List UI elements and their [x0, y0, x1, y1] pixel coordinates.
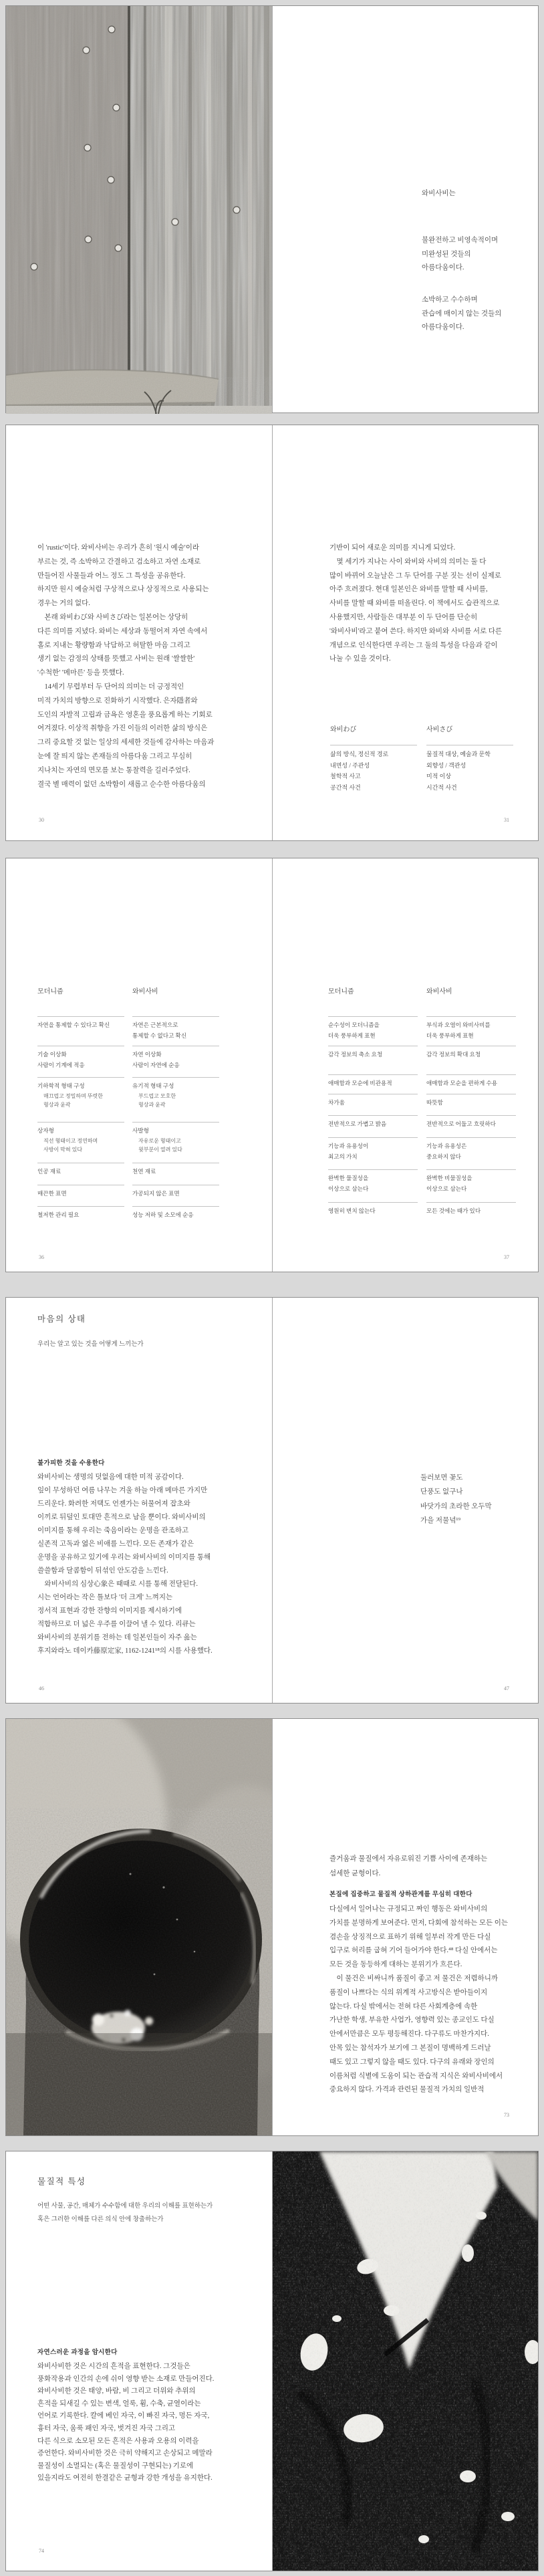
table-row: 자연을 통제할 수 있다고 확신 자연은 근본적으로 통제할 수 없다고 확신 [37, 1016, 219, 1041]
list-header-wabi: 와비わび [330, 723, 356, 733]
table-row: 상자형직선 형태이고 정연하며 사방이 막혀 있다 사발형자유로운 형태이고 윗… [37, 1122, 219, 1155]
table-row: 영원히 변치 않는다 모든 것에는 때가 있다 [328, 1202, 516, 1217]
cell-wabisabi: 가공되지 않은 표면 [132, 1189, 219, 1199]
cell-modern: 기하학적 형태 구성 [37, 1081, 124, 1092]
body-text-left: 와비사비는 생명의 덧없음에 대한 미적 공감이다. 잎이 무성하던 여름 나무… [37, 1471, 258, 1658]
cell-wabisabi-sub: 부드럽고 모호한 형상과 윤곽 [138, 1092, 219, 1110]
body-text-right: 기반이 되어 새로운 의미를 지니게 되었다. 몇 세기가 지나는 사이 와비와… [329, 542, 530, 667]
page-number-right: 73 [504, 2112, 509, 2118]
section-title: 마음의 상태 [37, 1312, 86, 1324]
table-header-wabisabi: 와비사비 [426, 985, 452, 996]
cell-modern: 인공 재료 [37, 1167, 124, 1177]
spread-1: 와비사비는 불완전하고 비영속적이며 미완성된 것들의 아름다움이다. 소박하고… [5, 5, 539, 413]
table-row: 기하학적 형태 구성매끄럽고 정밀하며 뚜렷한 형상과 윤곽 유기적 형태 구성… [37, 1077, 219, 1110]
subsection-heading: 자연스러운 과정을 암시한다 [37, 2347, 118, 2356]
cell-modern: 영원히 변치 않는다 [328, 1206, 418, 1217]
cell-wabisabi: 유기적 형태 구성 [132, 1081, 219, 1092]
page-divider [272, 6, 273, 413]
intro-text-right: 즐거움과 물질에서 자유로워진 기쁨 사이에 존재하는 섬세한 균형이다. [329, 1852, 530, 1881]
quote-stanza-1: 불완전하고 비영속적이며 미완성된 것들의 아름다움이다. [422, 234, 535, 275]
table-header-modernism: 모더니즘 [328, 985, 354, 996]
raku-tea-bowl-photo [6, 1719, 272, 2135]
rule [330, 745, 417, 745]
cell-wabisabi: 모든 것에는 때가 있다 [426, 1206, 516, 1217]
cell-wabisabi: 따뜻함 [426, 1098, 516, 1108]
table-header-wabisabi: 와비사비 [132, 985, 158, 996]
spread-3: 모더니즘 와비사비 모더니즘 와비사비 자연을 통제할 수 있다고 확신 자연은… [5, 858, 539, 1272]
cell-modern: 철저한 관리 필요 [37, 1210, 124, 1221]
cell-modern: 감각 정보의 축소 요청 [328, 1050, 418, 1060]
table-row: 전반적으로 가볍고 밝음 전반적으로 어둡고 흐릿하다 [328, 1115, 516, 1130]
page-number-left: 74 [39, 2548, 44, 2554]
table-row: 철저한 관리 필요 성능 저하 및 소모에 순응 [37, 1206, 219, 1221]
table-header-modernism: 모더니즘 [37, 985, 63, 996]
body-text-left: 이 'rustic'이다. 와비사비는 우리가 흔히 '원시 예술'이라 부르는… [37, 542, 248, 792]
page-divider [272, 1298, 273, 1703]
torn-black-knit-sweater-photo [273, 2151, 538, 2571]
list-header-sabi: 사비さび [426, 723, 452, 733]
cell-wabisabi: 사발형 [132, 1126, 219, 1137]
sabi-item-list: 물질적 대상, 예술과 문학 외향성 / 객관성 미적 이상 시간적 사건 [426, 749, 521, 793]
cell-wabisabi: 전반적으로 어둡고 흐릿하다 [426, 1119, 516, 1130]
cell-wabisabi: 천연 재료 [132, 1167, 219, 1177]
page-number-right: 37 [504, 1254, 509, 1260]
book-preview-scroll: 와비사비는 불완전하고 비영속적이며 미완성된 것들의 아름다움이다. 소박하고… [0, 0, 544, 2576]
page-number-left: 46 [39, 1685, 44, 1691]
cell-modern: 자연을 통제할 수 있다고 확신 [37, 1020, 124, 1031]
table-row: 감각 정보의 축소 요청 감각 정보의 확대 요청 [328, 1046, 516, 1060]
rule [426, 745, 513, 745]
cell-wabisabi: 부식과 오염이 와비사비를 더욱 풍부하게 표현 [426, 1020, 516, 1041]
section-subtitle: 우리는 알고 있는 것을 어떻게 느끼는가 [37, 1338, 144, 1351]
cell-wabisabi-sub: 자유로운 형태이고 윗부분이 열려 있다 [138, 1137, 219, 1155]
cell-wabisabi: 기능과 유용성은 중요하지 않다 [426, 1141, 516, 1162]
spread-5: 즐거움과 물질에서 자유로워진 기쁨 사이에 존재하는 섬세한 균형이다. 본질… [5, 1718, 539, 2136]
body-text-right: 다실에서 일어나는 규정되고 짜인 행동은 와비사비의 가치를 분명하게 보여준… [329, 1903, 533, 2097]
cell-modern: 순수성이 모더니즘을 더욱 풍부하게 표현 [328, 1020, 418, 1041]
page-divider [272, 425, 273, 840]
weathered-corrugated-wall-photo [6, 6, 272, 414]
table-row: 순수성이 모더니즘을 더욱 풍부하게 표현 부식과 오염이 와비사비를 더욱 풍… [328, 1016, 516, 1041]
quote-intro-line: 와비사비는 [422, 187, 456, 201]
cell-wabisabi: 완벽한 비물질성을 이상으로 삼는다 [426, 1173, 516, 1194]
cell-modern: 매끈한 표면 [37, 1189, 124, 1199]
table-row: 기술 이상화 사람이 기계에 적응 자연 이상화 사람이 자연에 순응 [37, 1046, 219, 1070]
table-row: 인공 재료 천연 재료 [37, 1163, 219, 1177]
table-row: 기능과 유용성이 최고의 가치 기능과 유용성은 중요하지 않다 [328, 1137, 516, 1162]
cell-modern: 완벽한 물질성을 이상으로 삼는다 [328, 1173, 418, 1194]
cell-wabisabi: 감각 정보의 확대 요청 [426, 1050, 516, 1060]
subsection-heading: 불가피한 것을 수용한다 [37, 1457, 105, 1467]
spread-6: 물질적 특성 어떤 사물, 공간, 매체가 수수함에 대한 우리의 이해를 표현… [5, 2151, 539, 2571]
cell-modern: 전반적으로 가볍고 밝음 [328, 1119, 418, 1130]
table-row: 완벽한 물질성을 이상으로 삼는다 완벽한 비물질성을 이상으로 삼는다 [328, 1169, 516, 1194]
cell-wabisabi: 자연 이상화 사람이 자연에 순응 [132, 1050, 219, 1070]
cell-modern: 기술 이상화 사람이 기계에 적응 [37, 1050, 124, 1070]
cell-modern-sub: 매끄럽고 정밀하며 뚜렷한 형상과 윤곽 [43, 1092, 124, 1110]
poem: 둘러보면 꽃도 단풍도 없구나 바닷가의 초라한 오두막 가을 저물녘¹⁹ [420, 1471, 531, 1528]
cell-wabisabi: 자연은 근본적으로 통제할 수 없다고 확신 [132, 1020, 219, 1041]
page-number-right: 47 [504, 1685, 509, 1691]
cell-modern: 상자형 [37, 1126, 124, 1137]
page-number-right: 31 [504, 817, 509, 823]
section-title: 물질적 특성 [37, 2175, 86, 2187]
cell-wabisabi: 성능 저하 및 소모에 순응 [132, 1210, 219, 1221]
table-row: 매끈한 표면 가공되지 않은 표면 [37, 1185, 219, 1199]
cell-modern: 차가움 [328, 1098, 418, 1108]
page-divider [272, 1719, 273, 2135]
page-number-left: 36 [39, 1254, 44, 1260]
wabi-item-list: 삶의 방식, 정신적 경로 내면성 / 주관성 철학적 사고 공간적 사건 [330, 749, 425, 793]
body-text-left: 와비사비한 것은 시간의 흔적을 표현한다. 그것들은 풍화작용과 인간의 손에… [37, 2361, 258, 2485]
table-row: 차가움 따뜻함 [328, 1094, 516, 1108]
table-row: 애매함과 모순에 비관용적 애매함과 모순을 편하게 수용 [328, 1074, 516, 1089]
section-subtitle: 어떤 사물, 공간, 매체가 수수함에 대한 우리의 이해를 표현하는가 혹은 … [37, 2200, 258, 2226]
page-divider [272, 858, 273, 1272]
cell-modern: 기능과 유용성이 최고의 가치 [328, 1141, 418, 1162]
subsection-heading: 본질에 집중하고 물질적 상하관계를 무심히 대한다 [329, 1889, 472, 1898]
page-number-left: 30 [39, 817, 44, 823]
quote-stanza-2: 소박하고 수수하며 관습에 매이지 않는 것들의 아름다움이다. [422, 294, 535, 335]
spread-2: 이 'rustic'이다. 와비사비는 우리가 흔히 '원시 예술'이라 부르는… [5, 425, 539, 841]
cell-wabisabi: 애매함과 모순을 편하게 수용 [426, 1078, 516, 1089]
cell-modern: 애매함과 모순에 비관용적 [328, 1078, 418, 1089]
spread-4: 마음의 상태 우리는 알고 있는 것을 어떻게 느끼는가 불가피한 것을 수용한… [5, 1297, 539, 1704]
cell-modern-sub: 직선 형태이고 정연하며 사방이 막혀 있다 [43, 1137, 124, 1155]
